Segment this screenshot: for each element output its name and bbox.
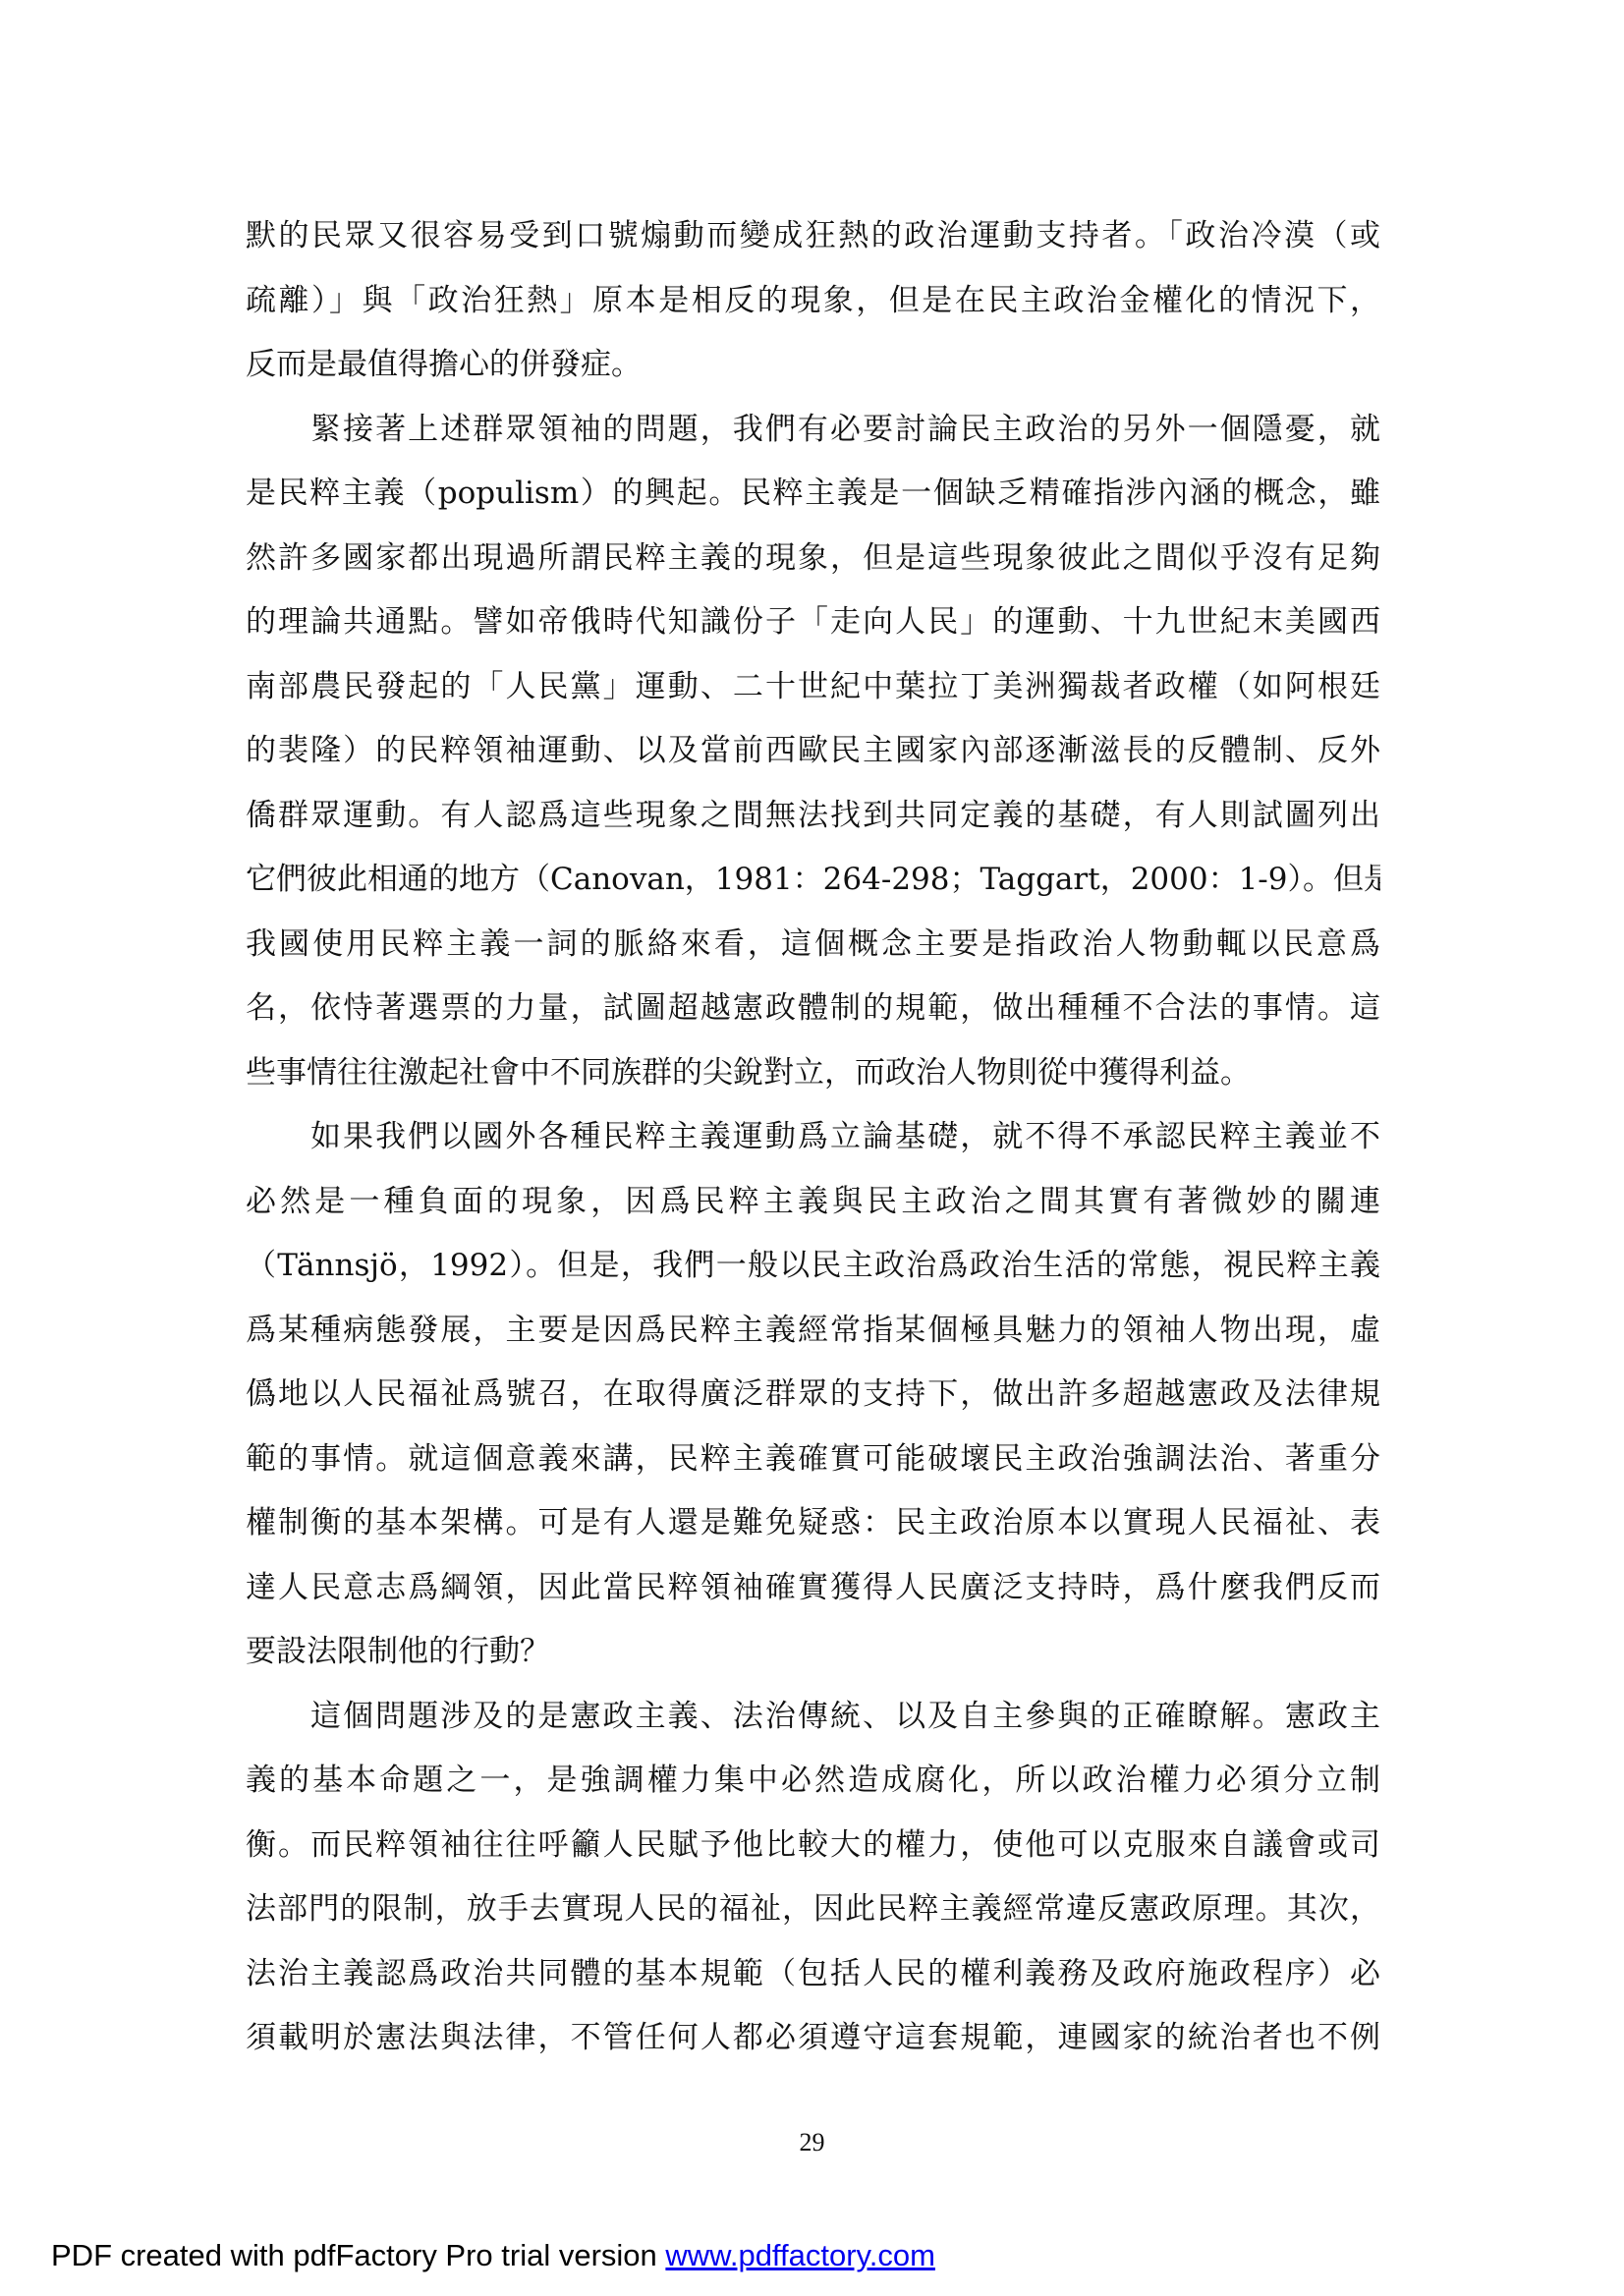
paragraph-first-line: 如果我們以國外各種民粹主義運動爲立論基礎，就不得不承認民粹主義並不	[246, 1105, 1380, 1170]
text-line: 達人民意志爲綱領，因此當民粹領袖確實獲得人民廣泛支持時，爲什麼我們反而	[246, 1556, 1380, 1621]
document-page: 默的民眾又很容易受到口號煽動而變成狂熱的政治運動支持者。「政治冷漠（或疏離）」與…	[0, 0, 1624, 2296]
text-line: 疏離）」與「政治狂熱」原本是相反的現象，但是在民主政治金權化的情況下，	[246, 269, 1380, 334]
text-line: 法治主義認爲政治共同體的基本規範（包括人民的權利義務及政府施政程序）必	[246, 1942, 1380, 2007]
text-line: 的理論共通點。譬如帝俄時代知識份子「走向人民」的運動、十九世紀末美國西	[246, 590, 1380, 655]
text-line: 爲某種病態發展，主要是因爲民粹主義經常指某個極具魅力的領袖人物出現，虛	[246, 1299, 1380, 1364]
page-number: 29	[0, 2128, 1624, 2157]
text-line: 反而是最值得擔心的併發症。	[246, 333, 1380, 398]
text-line: 權制衡的基本架構。可是有人還是難免疑惑：民主政治原本以實現人民福祉、表	[246, 1491, 1380, 1556]
pdffactory-link[interactable]: www.pdffactory.com	[665, 2238, 935, 2272]
paragraph-first-line: 緊接著上述群眾領袖的問題，我們有必要討論民主政治的另外一個隱憂，就	[246, 398, 1380, 463]
text-line: 僑群眾運動。有人認爲這些現象之間無法找到共同定義的基礎，有人則試圖列出	[246, 784, 1380, 849]
text-line: 僞地以人民福祉爲號召，在取得廣泛群眾的支持下，做出許多超越憲政及法律規	[246, 1363, 1380, 1428]
text-line: 法部門的限制，放手去實現人民的福祉，因此民粹主義經常違反憲政原理。其次，	[246, 1877, 1380, 1942]
text-line: 默的民眾又很容易受到口號煽動而變成狂熱的政治運動支持者。「政治冷漠（或	[246, 204, 1380, 269]
text-line: 範的事情。就這個意義來講，民粹主義確實可能破壞民主政治強調法治、著重分	[246, 1428, 1380, 1492]
text-line: 須載明於憲法與法律，不管任何人都必須遵守這套規範，連國家的統治者也不例	[246, 2006, 1380, 2071]
text-line: （Tännsjö，1992）。但是，我們一般以民主政治爲政治生活的常態，視民粹主…	[246, 1234, 1380, 1299]
text-line: 義的基本命題之一，是強調權力集中必然造成腐化，所以政治權力必須分立制	[246, 1749, 1380, 1814]
text-line: 然許多國家都出現過所謂民粹主義的現象，但是這些現象彼此之間似乎沒有足夠	[246, 527, 1380, 591]
text-line: 是民粹主義（populism）的興起。民粹主義是一個缺乏精確指涉內涵的概念，雖	[246, 462, 1380, 527]
text-line: 衡。而民粹領袖往往呼籲人民賦予他比較大的權力，使他可以克服來自議會或司	[246, 1814, 1380, 1878]
text-line: 要設法限制他的行動？	[246, 1620, 1380, 1685]
text-line: 些事情往往激起社會中不同族群的尖銳對立，而政治人物則從中獲得利益。	[246, 1041, 1380, 1106]
body-text: 默的民眾又很容易受到口號煽動而變成狂熱的政治運動支持者。「政治冷漠（或疏離）」與…	[246, 204, 1380, 2071]
text-line: 名，依恃著選票的力量，試圖超越憲政體制的規範，做出種種不合法的事情。這	[246, 977, 1380, 1041]
footer-text: PDF created with pdfFactory Pro trial ve…	[51, 2238, 665, 2272]
text-line: 南部農民發起的「人民黨」運動、二十世紀中葉拉丁美洲獨裁者政權（如阿根廷	[246, 655, 1380, 720]
text-line: 必然是一種負面的現象，因爲民粹主義與民主政治之間其實有著微妙的關連	[246, 1170, 1380, 1235]
text-line: 的裴隆）的民粹領袖運動、以及當前西歐民主國家內部逐漸滋長的反體制、反外	[246, 719, 1380, 784]
paragraph-first-line: 這個問題涉及的是憲政主義、法治傳統、以及自主參與的正確瞭解。憲政主	[246, 1685, 1380, 1750]
pdf-watermark-footer: PDF created with pdfFactory Pro trial ve…	[51, 2238, 935, 2273]
text-line: 我國使用民粹主義一詞的脈絡來看，這個概念主要是指政治人物動輒以民意爲	[246, 913, 1380, 978]
text-line: 它們彼此相通的地方（Canovan，1981：264-298；Taggart，2…	[246, 848, 1380, 913]
